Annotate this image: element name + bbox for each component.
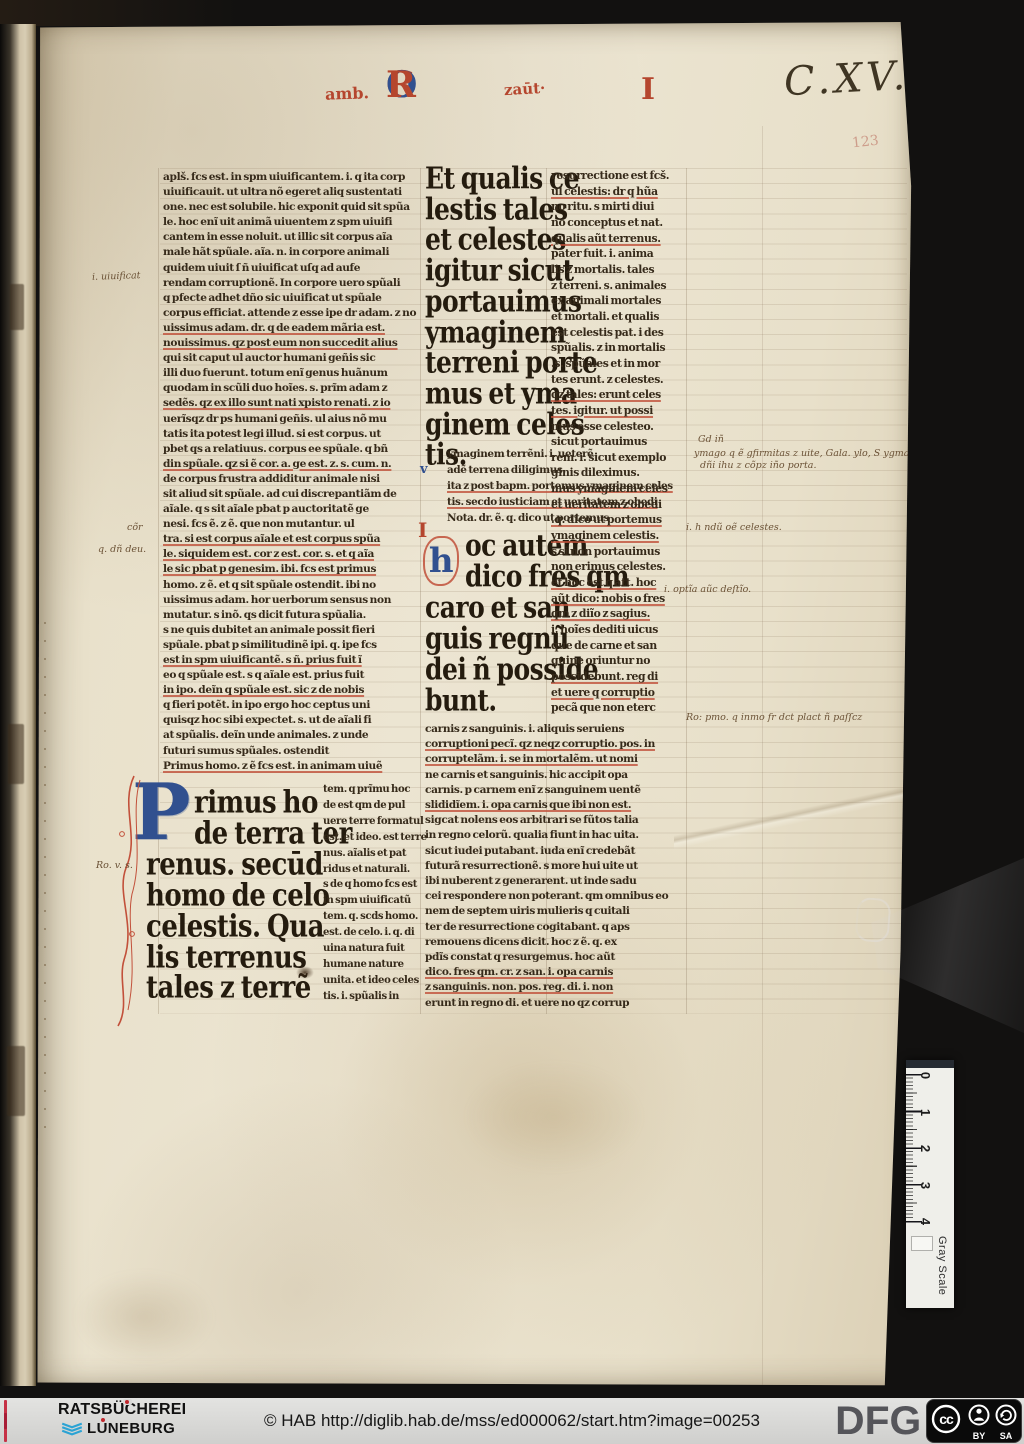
text-line: uiuificauit. ut ultra nõ egeret aliq sus… [163,185,425,200]
text-line: pdĩs constat q resurgemus. hoc aũt [425,950,691,965]
right-margin-note: ymago q ẽ gfirmitas z uite, Gala. ylo, S… [694,448,918,459]
text-line: ul celestis: dr q hũa [551,184,691,200]
text-line: sicut iudei putabant. iuda enĩ credebãt [425,844,691,859]
text-line: in regno celorũ. qualia fiunt in hac uit… [425,828,691,843]
text-line: ibi nuberent z generarent. ut inde sadu [425,874,691,889]
pen-flourish [110,774,146,1030]
text-line: dico. fres qm. cr. z san. i. opa carnis [425,965,691,980]
running-title-letter: R [386,64,418,106]
grayscale-ruler: 0 1 2 3 4 Gray Scale [906,1060,954,1308]
text-line: le sic pbat p genesim. ibi. fcs est prim… [163,562,425,577]
text-line: uere terre formatul [323,814,427,830]
text-line: carnis z sanguinis. i. aliquis seruiens [425,722,691,737]
text-line: erunt in regno di. et uere no qz corrup [425,996,691,1011]
scanned-page-view: amb. C O R zaūt· I C.XV. 123 aplš. fcs e… [0,0,1024,1444]
text-line: pecã que non eterc [551,700,691,716]
text-line: z terreni. s. animales [551,278,691,294]
text-line: cantem in esse noluit. ut illic sit corp… [163,230,425,245]
text-line: mutatur. s inõ. qs dicit futura spũalia. [163,608,425,623]
chapter-label: C.XV. [783,53,910,105]
svg-text:cc: cc [939,1411,954,1427]
text-line: tra. si est corpus aĩale et est corpus s… [163,532,425,547]
text-line: est. et ideo. est terre [323,830,427,846]
red-paraph-mark: I [418,518,427,542]
text-line: resurrectione est fcš. [551,168,691,184]
cc-by-label: BY [973,1431,986,1441]
text-line: ne carnis et sanguinis. hic accipit opa [425,768,691,783]
text-line: quodam in scũli duo hoĩes. s. prĩm adam … [163,381,425,396]
text-line: corruptelãm. i. se in mortalẽm. ut nomi [425,752,691,767]
text-line: rendam corruptionẽ. In corpore uero spũa… [163,276,425,291]
running-title-prefix: amb. [325,83,370,104]
text-line: de est qm de pul [323,798,427,814]
prick-marks [44,622,46,1142]
text-line: de corpus frustra addiditur animale nisi [163,472,425,487]
dfg-logo: DFG [835,1398,921,1444]
ruler-number: 2 [918,1145,933,1152]
text-line: est celestis pat. i des [551,325,691,341]
text-line: male hãt spũale. aĩa. n. in corpore anim… [163,245,425,260]
text-line: z sanguinis. non. pos. reg. di. i. non [425,980,691,995]
text-line: in spm uiuificatũ [323,893,427,909]
cc-by-sa-badge: cc BY SA [926,1399,1022,1443]
text-line: ridus et naturali. [323,862,427,878]
text-line: sit aliud sit spũale. ad cui discrepanti… [163,487,425,502]
edge-text-trace [8,724,24,784]
text-line: pater fuit. i. anima [551,246,691,262]
text-line: in ipo. deĩn q spũale est. sic z de nobi… [163,683,425,698]
text-line: remouens dicens dicit. hoc z ẽ. q. ex [425,935,691,950]
text-line: nus. aĩalis et pat [323,846,427,862]
left-gloss-column: aplš. fcs est. in spm uiuificantem. i. q… [163,170,425,774]
text-line: corruptioni pecĩ. qz neqz corruptio. pos… [425,737,691,752]
text-line: nesi. fcs ẽ. z ẽ. que non mutantur. ul [163,517,425,532]
text-line: tes erunt. z celestes. [551,372,691,388]
text-line: uina natura fuit [323,941,427,957]
text-line: ex animali mortales [551,293,691,309]
text-line: qualis aũt terrenus. [551,231,691,247]
text-line: sicut portauimus [551,434,691,450]
text-line: ter de resurrectione cogitabant. q aps [425,920,691,935]
text-line: est in spm uiuificantẽ. s ñ. prius fuit … [163,653,425,668]
text-line: quidem uiuit ſ ñ uiuificat uſq ad aufe [163,261,425,276]
ruler-number: 3 [918,1182,933,1189]
text-line: lis z mortalis. tales [551,262,691,278]
text-line: s de q homo fcs est [323,877,427,893]
text-line: tis. i. spũalis in [323,989,427,1005]
parchment-stain [74,1272,214,1362]
text-line: unita. et ideo celes [323,973,427,989]
text-line: tes. igitur. ut possi [551,403,691,419]
ruler-top-band [906,1060,954,1068]
ruler-number: 0 [918,1072,933,1079]
text-line: qm z diĩo z sagius. [551,606,691,622]
text-line: quisqz hoc sibi expectet. s. ut de aĩali… [163,713,425,728]
page-holder-strap-end [855,897,892,943]
text-line: et mortali. et qualis [551,309,691,325]
text-line: spũale. pbat p similitudinẽ ipi. q. ipe … [163,638,425,653]
text-line: qui sit caput ul auctor humani geñis sic [163,351,425,366]
parchment-stain [464,1062,644,1172]
text-line: tem. q. scds homo. [323,909,427,925]
lemma-primus-homo: rimus hode terra terrenus. secūdhomo de … [146,788,352,1004]
cc-by-sa-icons: cc BY SA [927,1400,1021,1442]
footer-bar: RATSBÜCHEREI LÜNEBURG © HAB http://digli… [0,1398,1024,1444]
running-title-suffix: zaūt· [504,79,546,99]
text-line: ymaginem celestis. [551,528,691,544]
text-line: tem. q prĩmu hoc [323,782,427,798]
text-line: eo q spũale est. s q aĩale est. prius fu… [163,668,425,683]
text-line: uissimus adam. hor uerborum sensus non [163,593,425,608]
text-line: et ueritatem z obedi [551,497,691,513]
text-line: i. hoĩes dediti uicus [551,622,691,638]
text-line: s si non portauimus [551,544,691,560]
text-line: carnis. p carnem enĩ z sanguinem uentẽ [425,783,691,798]
left-margin-note: q. dñ deu. [98,544,146,555]
text-line: futuri sumus spũales. ostendit [163,744,425,759]
text-line: one. nec est solubile. hic exponit quid … [163,200,425,215]
text-line: .q. dico ut portemus [551,512,691,528]
right-margin-note: Gd iñ [698,434,724,445]
text-line: uerĩsqz dr ps humani geñis. ul aius nõ m… [163,412,425,427]
text-line: homo. z ẽ. et q sit spũale ostendit. ibi… [163,578,425,593]
text-line: q fieri potẽt. in ipo ergo hoc ceptus un… [163,698,425,713]
text-line: sigcat nolens eos arbitrari se fũtos tal… [425,813,691,828]
text-line: corpus efficiat. attende z esse ipe dr a… [163,306,425,321]
text-line: no ritu. s mirti diui [551,199,691,215]
text-line: rem. i. sicut exemplo [551,450,691,466]
text-line: ginis dileximus. [551,465,691,481]
edge-text-trace [10,284,24,330]
text-line: Primus homo. z ẽ fcs est. in animam uiuẽ [163,759,425,774]
text-line: s ne quis dubitet an animale possit fier… [163,623,425,638]
text-line: futurã resurrectionẽ. s more hui uite ut [425,859,691,874]
left-margin-note: i. uiuificat [92,270,141,283]
gray-patch-white [911,1236,933,1251]
text-line: uissimus adam. dr. q de eadem mãria est. [163,321,425,336]
right-margin-note: i. h ndũ oẽ celestes. [686,522,782,533]
text-line: aĩale. q s sit aĩale pbat p auctoritatẽ … [163,502,425,517]
cc-sa-label: SA [1000,1431,1013,1441]
text-line: mus esse celesteo. [551,419,691,435]
right-gloss-column: resurrectione est fcš.ul celestis: dr q … [551,168,691,716]
text-line: sedẽs. qz ex illo sunt nati xpisto renat… [163,396,425,411]
right-margin-note: Ro: pmo. q inmo fr dct plact ñ paſſcz [686,712,862,723]
book-top-edge [0,0,240,26]
adjacent-page-edge [0,24,36,1386]
text-line: est. de celo. i. q. di [323,925,427,941]
text-line: guine oriuntur no [551,653,691,669]
text-line: nouissimus. qz post eum non succedit ali… [163,336,425,351]
text-line: le. hoc enĩ uit animã uiuentem z spm uiu… [163,215,425,230]
text-line: non erimus celestes. [551,559,691,575]
text-line: spũalis. z in mortalis [551,340,691,356]
text-line: no conceptus et nat. [551,215,691,231]
text-line: cei respondere non poterant. qm omnibus … [425,889,691,904]
left-margin-note: cõr [127,522,143,533]
blue-paraph-mark: v [420,462,428,477]
gray-scale-label: Gray Scale [936,1236,948,1295]
text-line: din spũale. qz si ẽ cor. a. ge est. z. s… [163,457,425,472]
text-line: nem de septem uiris mulieris q cuitali [425,904,691,919]
text-line: tales z terrẽ [146,971,352,1007]
folio-number: 123 [851,133,879,152]
text-line: et uere q corruptio [551,685,691,701]
page-crease-line [762,126,763,1388]
book-numeral: I [641,72,655,107]
text-line: humane nature [323,957,427,973]
manuscript-page: amb. C O R zaūt· I C.XV. 123 aplš. fcs e… [34,22,912,1388]
ruler-number: 1 [918,1109,933,1116]
text-line: slididĩem. i. opa carnis que ibi non est… [425,798,691,813]
text-line: at spũalis. deĩn unde animales. z unde [163,728,425,743]
text-line: pbet qs a relatiuus. corpus ee spũale. q… [163,442,425,457]
left-margin-note: Ro. v. s. [96,860,133,871]
text-line: aplš. fcs est. in spm uiuificantem. i. q… [163,170,425,185]
text-line: qz tales: erunt celes [551,387,691,403]
text-line: .s. spũales et in mor [551,356,691,372]
ink-blot [296,966,314,979]
edge-text-trace [7,1046,25,1116]
right-margin-note: dñi ihu z cõpz iño porta. [700,460,816,471]
text-line: illi duo fuerunt. totum enĩ genus huãnum [163,366,425,381]
left-gloss-bottom-column: tem. q prĩmu hocde est qm de puluere ter… [323,782,427,1005]
text-line: mus ymaginem celes [551,481,691,497]
bottom-gloss-column: carnis z sanguinis. i. aliquis seruiensc… [425,722,691,1011]
text-line: que de carne et san [551,638,691,654]
text-line: tatis ita potest legi illud. si est corp… [163,427,425,442]
right-margin-note: i. optĩa aũc deſtĩo. [664,584,751,595]
ruler-number: 4 [918,1218,933,1225]
text-line: le. siquidem est. cor z est. cor. s. et … [163,547,425,562]
umlaut-red-dot [123,1399,132,1405]
text-line: possidebunt. reg di [551,669,691,685]
text-line: q pfecte adhet dño sic uiuificat ut spũa… [163,291,425,306]
